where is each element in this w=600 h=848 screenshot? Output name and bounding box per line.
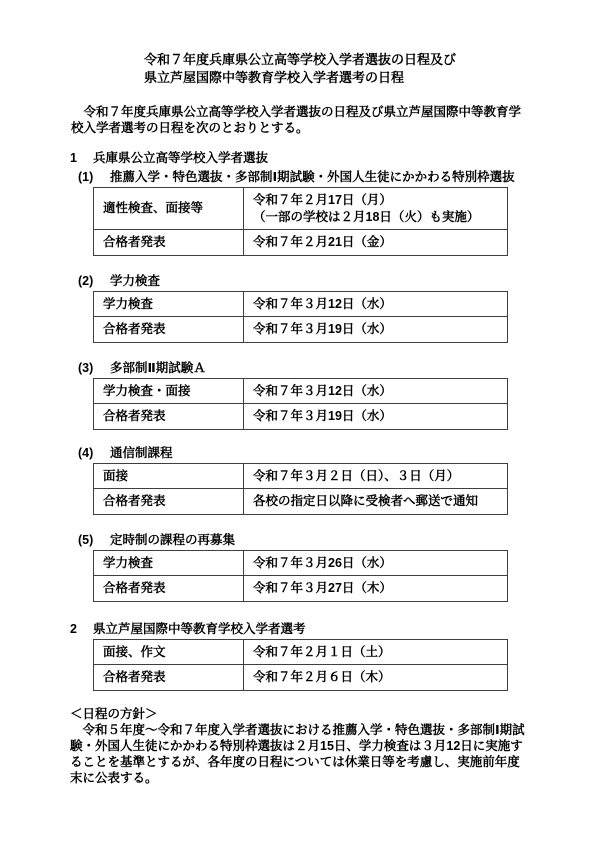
subsection-3-number: (3) [78, 360, 110, 376]
row-label: 学力検査 [94, 550, 244, 576]
subsection-4-number: (4) [78, 445, 110, 461]
subsection-4-title: 通信制課程 [110, 445, 173, 461]
row-value: 令和７年３月26日（水） [244, 550, 508, 576]
table-row: 学力検査 令和７年３月12日（水） [94, 291, 508, 317]
document-page: 令和７年度兵庫県公立高等学校入学者選抜の日程及び 県立芦屋国際中等教育学校入学者… [0, 0, 600, 848]
subsection-2: (2) 学力検査 学力検査 令和７年３月12日（水） 合格者発表 令和７年３月1… [0, 273, 600, 343]
table-row: 合格者発表 令和７年２月21日（金） [94, 230, 508, 256]
section-2-title: 県立芦屋国際中等教育学校入学者選考 [93, 621, 306, 637]
document-title: 令和７年度兵庫県公立高等学校入学者選抜の日程及び 県立芦屋国際中等教育学校入学者… [144, 0, 456, 87]
policy-body: 令和５年度～令和７年度入学者選抜における推薦入学・特色選抜・多部制Ⅰ期試験・外国… [70, 722, 529, 786]
row-label: 適性検査、面接等 [94, 188, 244, 230]
subsection-1: (1) 推薦入学・特色選抜・多部制Ⅰ期試験・外国人生徒にかかわる特別枠選抜 適性… [0, 169, 600, 256]
table-row: 学力検査・面接 令和７年３月12日（水） [94, 378, 508, 404]
table-row: 合格者発表 令和７年２月６日（木） [94, 665, 508, 691]
row-value: 令和７年２月21日（金） [244, 230, 508, 256]
row-label: 面接、作文 [94, 639, 244, 665]
policy-title: ＜日程の方針＞ [70, 706, 529, 722]
subsection-4-heading: (4) 通信制課程 [78, 445, 600, 461]
table-row: 合格者発表 令和７年３月27日（木） [94, 576, 508, 602]
subsection-3-title: 多部制Ⅱ期試験Ａ [110, 360, 206, 376]
row-label: 合格者発表 [94, 317, 244, 343]
subsection-2-number: (2) [78, 273, 110, 289]
schedule-table-5: 学力検査 令和７年３月26日（水） 合格者発表 令和７年３月27日（木） [93, 550, 508, 602]
row-value: 令和７年３月19日（水） [244, 317, 508, 343]
row-value: 令和７年２月６日（木） [244, 665, 508, 691]
row-value: 令和７年２月１日（土） [244, 639, 508, 665]
schedule-policy-note: ＜日程の方針＞ 令和５年度～令和７年度入学者選抜における推薦入学・特色選抜・多部… [70, 706, 529, 786]
schedule-table-1: 適性検査、面接等 令和７年２月17日（月） （一部の学校は２月18日（火）も実施… [93, 187, 508, 256]
table-row: 学力検査 令和７年３月26日（水） [94, 550, 508, 576]
row-value: 令和７年３月12日（水） [244, 378, 508, 404]
section-1-title: 兵庫県公立高等学校入学者選抜 [93, 150, 268, 166]
row-value: 令和７年３月12日（水） [244, 291, 508, 317]
table-row: 面接 令和７年３月２日（日）、３日（月） [94, 463, 508, 489]
document-title-line-1: 令和７年度兵庫県公立高等学校入学者選抜の日程及び [144, 51, 456, 69]
row-label: 合格者発表 [94, 404, 244, 430]
table-row: 合格者発表 令和７年３月19日（水） [94, 317, 508, 343]
row-value: 令和７年３月２日（日）、３日（月） [244, 463, 508, 489]
table-row: 適性検査、面接等 令和７年２月17日（月） （一部の学校は２月18日（火）も実施… [94, 188, 508, 230]
subsection-5-title: 定時制の課程の再募集 [110, 532, 235, 548]
subsection-2-heading: (2) 学力検査 [78, 273, 600, 289]
subsection-3: (3) 多部制Ⅱ期試験Ａ 学力検査・面接 令和７年３月12日（水） 合格者発表 … [0, 360, 600, 430]
row-label: 合格者発表 [94, 230, 244, 256]
row-value: 令和７年３月19日（水） [244, 404, 508, 430]
row-label: 学力検査 [94, 291, 244, 317]
intro-paragraph: 令和７年度兵庫県公立高等学校入学者選抜の日程及び県立芦屋国際中等教育学校入学者選… [71, 104, 529, 136]
subsection-5: (5) 定時制の課程の再募集 学力検査 令和７年３月26日（水） 合格者発表 令… [0, 532, 600, 602]
schedule-table-2: 学力検査 令和７年３月12日（水） 合格者発表 令和７年３月19日（水） [93, 291, 508, 343]
schedule-table-4: 面接 令和７年３月２日（日）、３日（月） 合格者発表 各校の指定日以降に受検者へ… [93, 463, 508, 515]
subsection-3-heading: (3) 多部制Ⅱ期試験Ａ [78, 360, 600, 376]
section-1-heading: 1 兵庫県公立高等学校入学者選抜 [70, 150, 600, 166]
subsection-5-heading: (5) 定時制の課程の再募集 [78, 532, 600, 548]
row-label: 合格者発表 [94, 489, 244, 515]
document-title-line-2: 県立芦屋国際中等教育学校入学者選考の日程 [144, 69, 456, 87]
section-2-heading: 2 県立芦屋国際中等教育学校入学者選考 [70, 621, 600, 637]
subsection-5-number: (5) [78, 532, 110, 548]
subsection-1-heading: (1) 推薦入学・特色選抜・多部制Ⅰ期試験・外国人生徒にかかわる特別枠選抜 [78, 169, 600, 185]
section-1-number: 1 [70, 150, 93, 166]
subsection-1-title: 推薦入学・特色選抜・多部制Ⅰ期試験・外国人生徒にかかわる特別枠選抜 [110, 169, 515, 185]
subsection-2-title: 学力検査 [110, 273, 160, 289]
section-2: 2 県立芦屋国際中等教育学校入学者選考 面接、作文 令和７年２月１日（土） 合格… [0, 621, 600, 691]
row-label: 面接 [94, 463, 244, 489]
row-value: 令和７年２月17日（月） （一部の学校は２月18日（火）も実施） [244, 188, 508, 230]
row-label: 合格者発表 [94, 665, 244, 691]
row-value: 令和７年３月27日（木） [244, 576, 508, 602]
table-row: 合格者発表 各校の指定日以降に受検者へ郵送で通知 [94, 489, 508, 515]
subsection-4: (4) 通信制課程 面接 令和７年３月２日（日）、３日（月） 合格者発表 各校の… [0, 445, 600, 515]
subsection-1-number: (1) [78, 169, 110, 185]
schedule-table-3: 学力検査・面接 令和７年３月12日（水） 合格者発表 令和７年３月19日（水） [93, 378, 508, 430]
table-row: 面接、作文 令和７年２月１日（土） [94, 639, 508, 665]
row-value: 各校の指定日以降に受検者へ郵送で通知 [244, 489, 508, 515]
row-label: 学力検査・面接 [94, 378, 244, 404]
schedule-table-6: 面接、作文 令和７年２月１日（土） 合格者発表 令和７年２月６日（木） [93, 639, 508, 691]
row-label: 合格者発表 [94, 576, 244, 602]
section-2-number: 2 [70, 621, 93, 637]
table-row: 合格者発表 令和７年３月19日（水） [94, 404, 508, 430]
